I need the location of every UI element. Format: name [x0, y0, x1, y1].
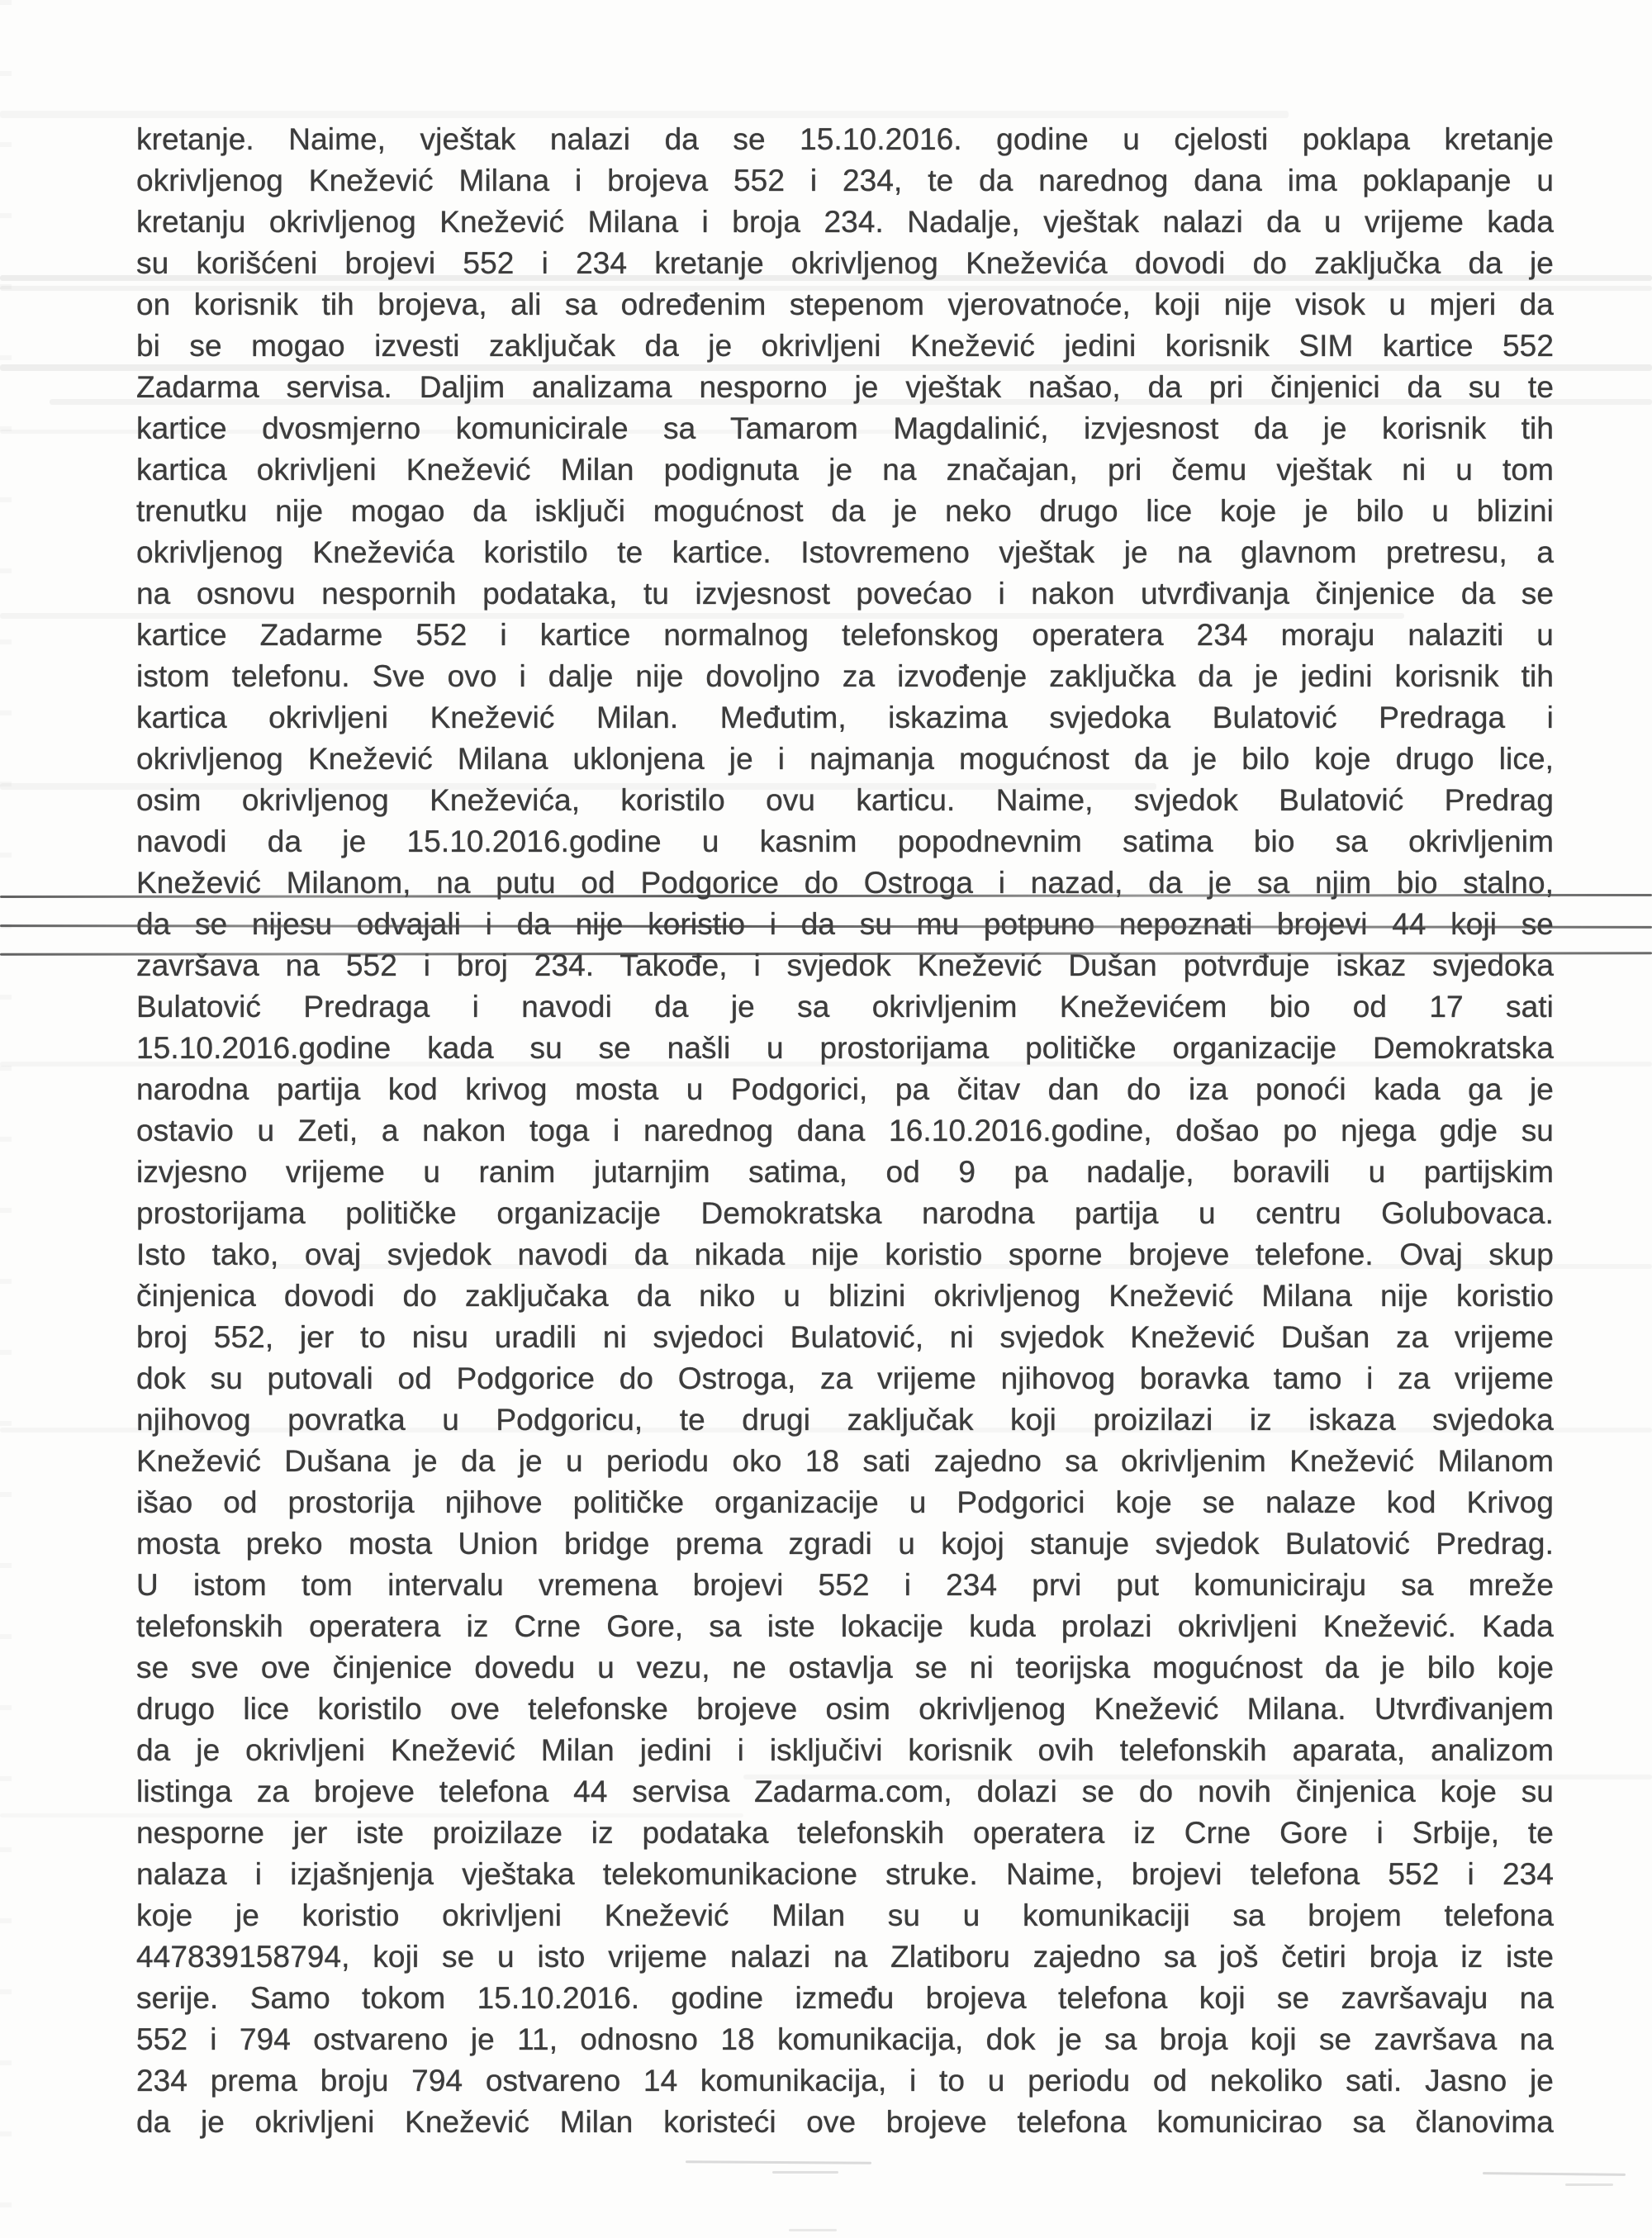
text-line: kartice dvosmjerno komunicirale sa Tamar…	[136, 408, 1554, 449]
text-line: Isto tako, ovaj svjedok navodi da nikada…	[136, 1234, 1554, 1276]
text-line: okrivljenog Knežević Milana uklonjena je…	[136, 739, 1554, 780]
text-line: prostorijama političke organizacije Demo…	[136, 1193, 1554, 1234]
text-line: kartice Zadarme 552 i kartice normalnog …	[136, 615, 1554, 656]
ink-squiggle	[686, 2160, 871, 2164]
text-line: išao od prostorija njihove političke org…	[136, 1482, 1554, 1523]
text-line: listinga za brojeve telefona 44 servisa …	[136, 1771, 1554, 1813]
text-line: njihovog povratka u Podgoricu, te drugi …	[136, 1399, 1554, 1441]
text-line: kretanju okrivljenog Knežević Milana i b…	[136, 202, 1554, 243]
ink-squiggle	[1483, 2172, 1626, 2176]
text-line: narodna partija kod krivog mosta u Podgo…	[136, 1069, 1554, 1110]
text-line: završava na 552 i broj 234. Takođe, i sv…	[136, 945, 1554, 986]
text-line: izvjesno vrijeme u ranim jutarnjim satim…	[136, 1152, 1554, 1193]
text-line: mosta preko mosta Union bridge prema zgr…	[136, 1523, 1554, 1565]
text-line: okrivljenog Kneževića koristilo te karti…	[136, 532, 1554, 573]
text-line: nalaza i izjašnjenja vještaka telekomuni…	[136, 1854, 1554, 1895]
text-line: su korišćeni brojevi 552 i 234 kretanje …	[136, 243, 1554, 284]
text-line: serije. Samo tokom 15.10.2016. godine iz…	[136, 1978, 1554, 2019]
text-line: na osnovu nespornih podataka, tu izvjesn…	[136, 573, 1554, 615]
document-text-block: kretanje. Naime, vještak nalazi da se 15…	[136, 119, 1554, 2143]
text-line: on korisnik tih brojeva, ali sa određeni…	[136, 284, 1554, 325]
text-line: istom telefonu. Sve ovo i dalje nije dov…	[136, 656, 1554, 697]
text-line: U istom tom intervalu vremena brojevi 55…	[136, 1565, 1554, 1606]
text-line: Knežević Dušana je da je u periodu oko 1…	[136, 1441, 1554, 1482]
text-line: dok su putovali od Podgorice do Ostroga,…	[136, 1358, 1554, 1399]
text-line: broj 552, jer to nisu uradili ni svjedoc…	[136, 1317, 1554, 1358]
text-line: kartica okrivljeni Knežević Milan. Međut…	[136, 697, 1554, 739]
text-line: kretanje. Naime, vještak nalazi da se 15…	[136, 119, 1554, 160]
scan-streak	[0, 111, 1289, 118]
text-line: 15.10.2016.godine kada su se našli u pro…	[136, 1028, 1554, 1069]
ink-squiggle	[789, 2229, 837, 2231]
text-line: kartica okrivljeni Knežević Milan podign…	[136, 449, 1554, 491]
text-line: osim okrivljenog Kneževića, koristilo ov…	[136, 780, 1554, 821]
text-line: se sve ove činjenice dovedu u vezu, ne o…	[136, 1647, 1554, 1689]
text-line: 552 i 794 ostvareno je 11, odnosno 18 ko…	[136, 2019, 1554, 2060]
text-line: koje je koristio okrivljeni Knežević Mil…	[136, 1895, 1554, 1936]
ink-squiggle	[772, 2171, 838, 2174]
text-line: 447839158794, koji se u isto vrijeme nal…	[136, 1936, 1554, 1978]
text-line: nesporne jer iste proizilaze iz podataka…	[136, 1813, 1554, 1854]
text-line: trenutku nije mogao da isključi mogućnos…	[136, 491, 1554, 532]
text-line: navodi da je 15.10.2016.godine u kasnim …	[136, 821, 1554, 862]
text-line: okrivljenog Knežević Milana i brojeva 55…	[136, 160, 1554, 202]
text-line: Bulatović Predraga i navodi da je sa okr…	[136, 986, 1554, 1028]
text-line: telefonskih operatera iz Crne Gore, sa i…	[136, 1606, 1554, 1647]
text-line: Zadarma servisa. Daljim analizama nespor…	[136, 367, 1554, 408]
text-line: 234 prema broju 794 ostvareno 14 komunik…	[136, 2060, 1554, 2102]
text-line: da je okrivljeni Knežević Milan koristeć…	[136, 2102, 1554, 2143]
text-line: bi se mogao izvesti zaključak da je okri…	[136, 325, 1554, 367]
text-line: da je okrivljeni Knežević Milan jedini i…	[136, 1730, 1554, 1771]
text-line: činjenica dovodi do zaključaka da niko u…	[136, 1276, 1554, 1317]
text-line: drugo lice koristilo ove telefonske broj…	[136, 1689, 1554, 1730]
scanned-document-page: kretanje. Naime, vještak nalazi da se 15…	[0, 0, 1652, 2238]
paper-edge-shading	[0, 0, 12, 2238]
ink-squiggle	[1565, 2183, 1613, 2186]
text-line: ostavio u Zeti, a nakon toga i narednog …	[136, 1110, 1554, 1152]
